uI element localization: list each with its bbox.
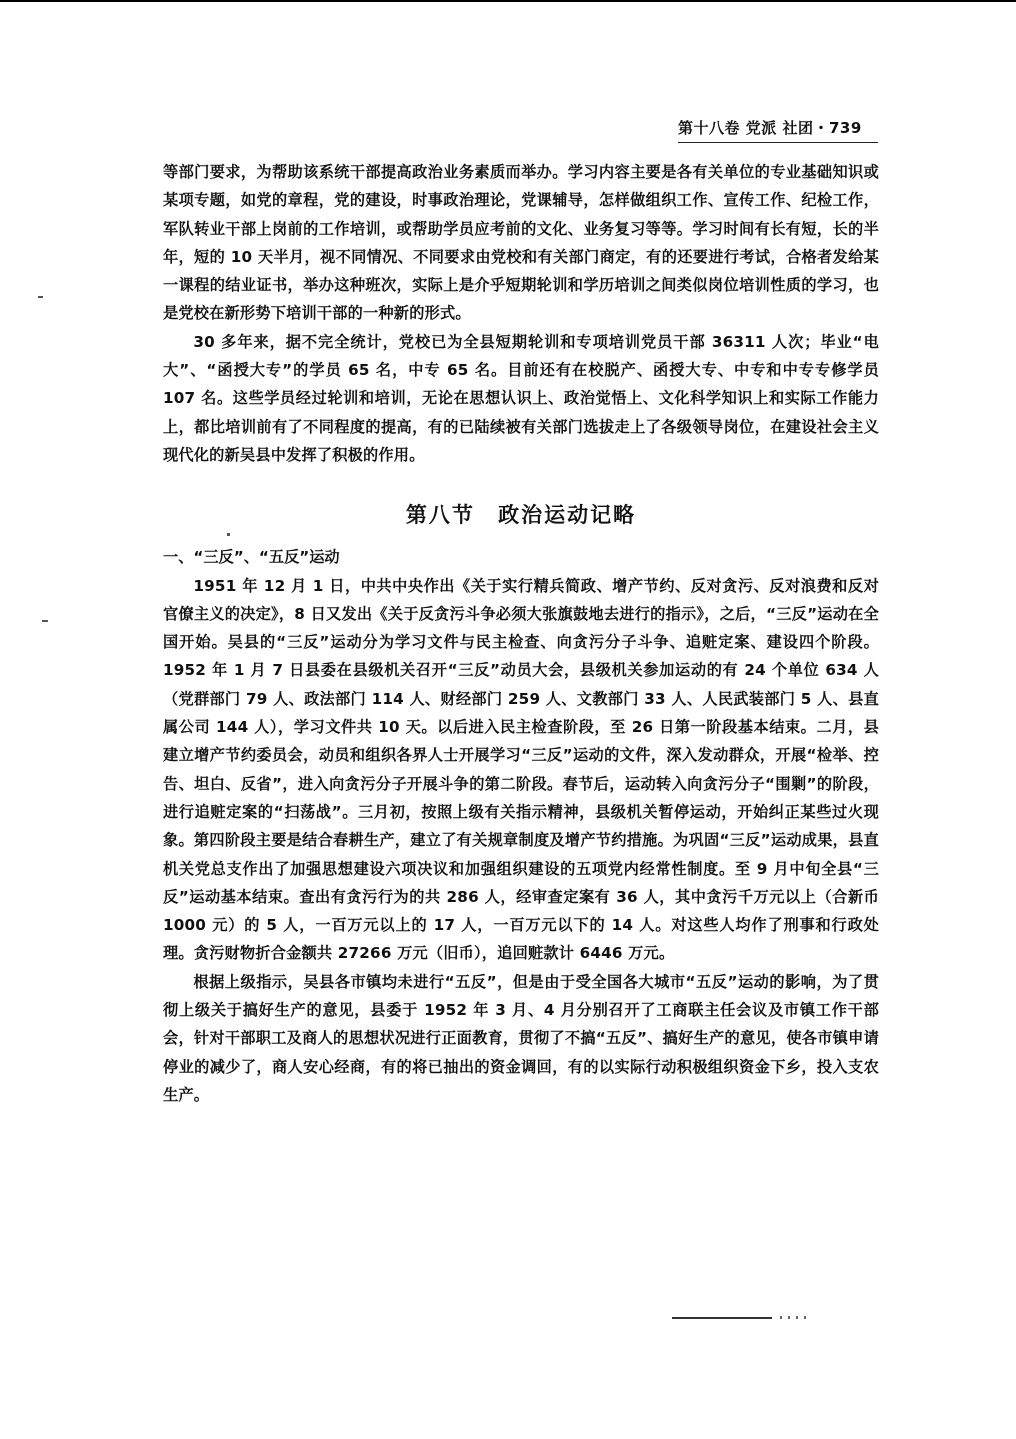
scan-footer-mark — [672, 1317, 772, 1319]
body-paragraph: 1951 年 12 月 1 日，中共中央作出《关于实行精兵简政、增产节约、反对贪… — [163, 572, 879, 968]
running-head: 第十八卷 党派 社团・739 — [678, 117, 878, 143]
section-title: 第八节 政治运动记略 — [163, 491, 879, 539]
body-paragraph: 等部门要求，为帮助该系统干部提高政治业务素质而举办。学习内容主要是各有关单位的专… — [163, 158, 879, 328]
scan-speck — [42, 620, 48, 622]
subsection-heading: 一、“三反”、“五反”运动 — [163, 543, 879, 571]
body-paragraph: 30 多年来，据不完全统计，党校已为全县短期轮训和专项培训党员干部 36311 … — [163, 328, 879, 469]
body-paragraph: 根据上级指示，吴县各市镇均未进行“五反”，但是由于受全国各大城市“五反”运动的影… — [163, 968, 879, 1109]
scan-speck — [38, 296, 43, 298]
scan-top-border — [0, 0, 1016, 2]
page-body: 等部门要求，为帮助该系统干部提高政治业务素质而举办。学习内容主要是各有关单位的专… — [163, 158, 879, 1109]
scan-footer-dots — [780, 1316, 810, 1319]
